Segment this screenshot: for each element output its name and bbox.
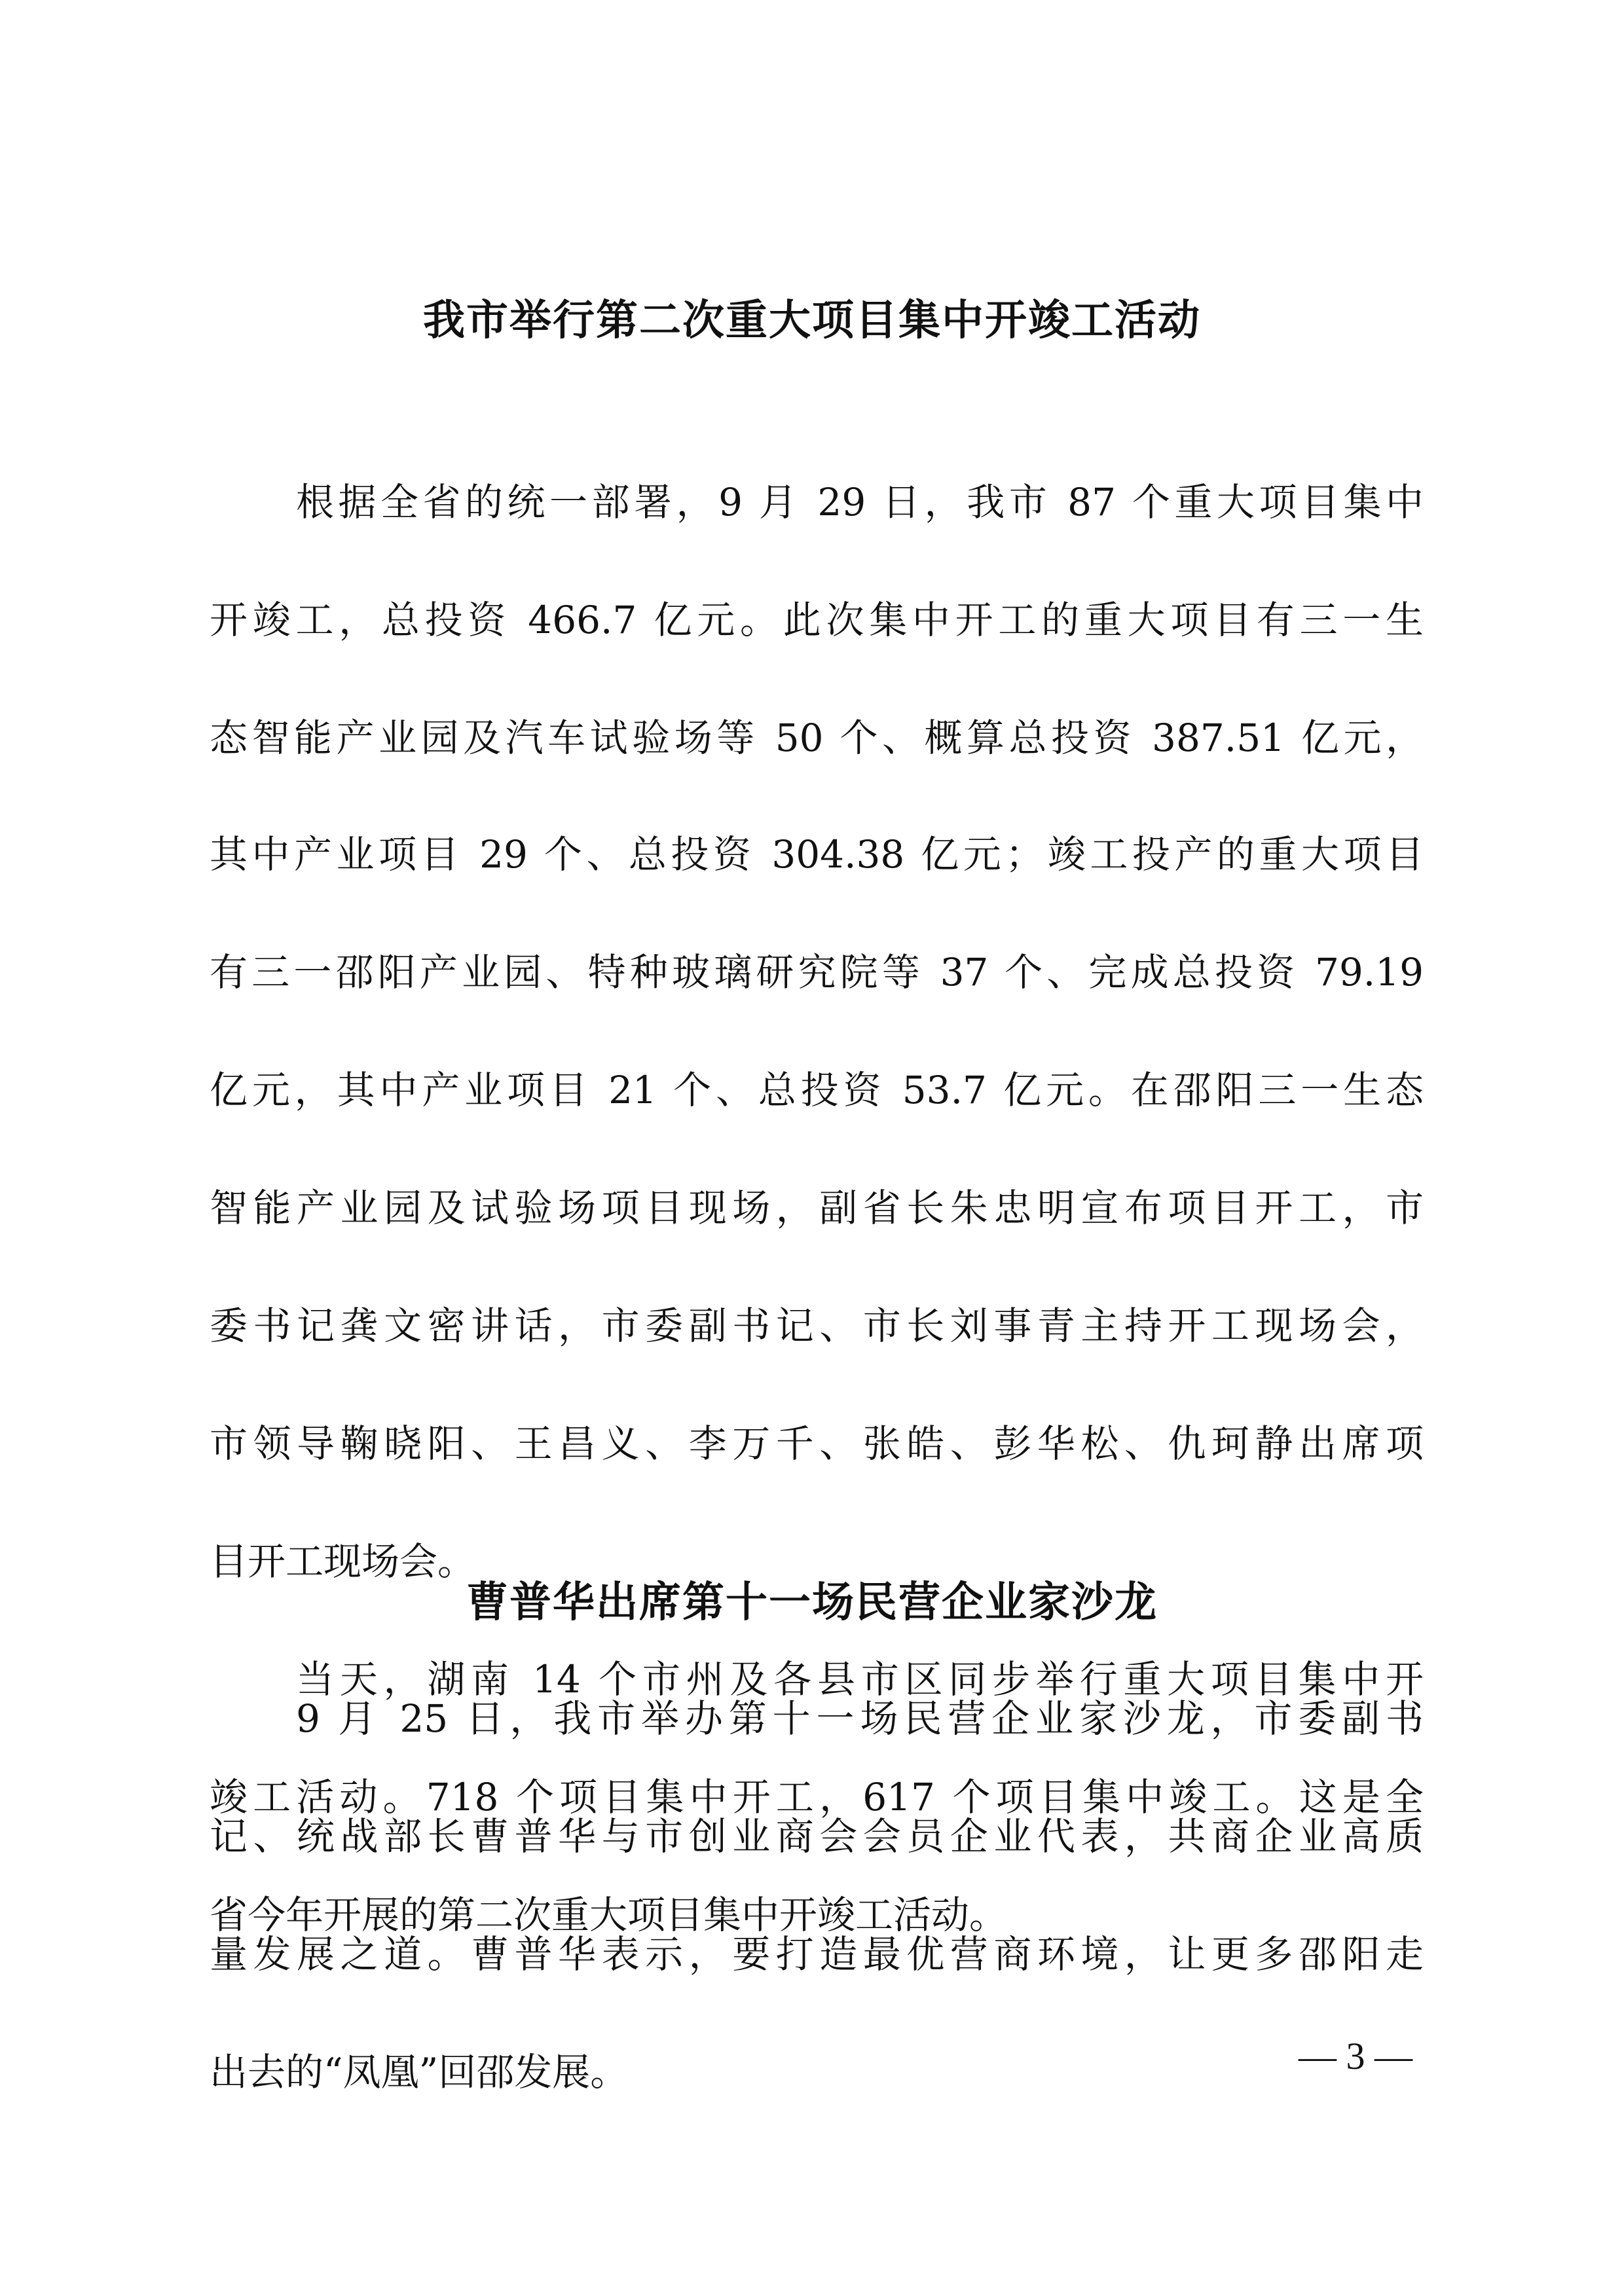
paragraph-line: 市领导鞠晓阳、王昌义、李万千、张皓、彭华松、仇珂静出席项	[210, 1425, 1424, 1463]
paragraph-line: 其中产业项目 29 个、总投资 304.38 亿元；竣工投产的重大项目	[210, 835, 1424, 873]
paragraph-line: 亿元，其中产业项目 21 个、总投资 53.7 亿元。在邵阳三一生态	[210, 1071, 1424, 1109]
paragraph-line: 竣工活动。718 个项目集中开工，617 个项目集中竣工。这是全	[210, 1778, 1424, 1816]
paragraph-line: 9 月 25 日，我市举办第十一场民营企业家沙龙，市委副书	[296, 1700, 1424, 1738]
paragraph-line: 量发展之道。曹普华表示，要打造最优营商环境，让更多邵阳走	[210, 1935, 1424, 1973]
paragraph-line: 态智能产业园及汽车试验场等 50 个、概算总投资 387.51 亿元，	[210, 719, 1424, 757]
page-number: — 3 —	[1277, 2037, 1434, 2075]
paragraph-line: 有三一邵阳产业园、特种玻璃研究院等 37 个、完成总投资 79.19	[210, 953, 1424, 991]
paragraph-line: 目开工现场会。	[210, 1542, 1424, 1580]
article-title-entrepreneur-salon: 曹普华出席第十一场民营企业家沙龙	[0, 1582, 1624, 1624]
document-page: 我市举行第二次重大项目集中开竣工活动 根据全省的统一部署，9 月 29 日，我市…	[0, 0, 1624, 2296]
paragraph-line: 委书记龚文密讲话，市委副书记、市长刘事青主持开工现场会，	[210, 1307, 1424, 1345]
paragraph-line: 开竣工，总投资 466.7 亿元。此次集中开工的重大项目有三一生	[210, 601, 1424, 639]
article-title-major-projects: 我市举行第二次重大项目集中开竣工活动	[0, 300, 1624, 342]
paragraph-line: 省今年开展的第二次重大项目集中开竣工活动。	[210, 1896, 1424, 1934]
paragraph-line: 记、统战部长曹普华与市创业商会会员企业代表，共商企业高质	[210, 1817, 1424, 1855]
paragraph-line: 当天，湖南 14 个市州及各县市区同步举行重大项目集中开	[296, 1660, 1424, 1698]
paragraph-line: 根据全省的统一部署，9 月 29 日，我市 87 个重大项目集中	[296, 483, 1424, 521]
paragraph-line: 智能产业园及试验场项目现场，副省长朱忠明宣布项目开工，市	[210, 1189, 1424, 1227]
paragraph-line: 出去的“凤凰”回邵发展。	[210, 2053, 1424, 2091]
